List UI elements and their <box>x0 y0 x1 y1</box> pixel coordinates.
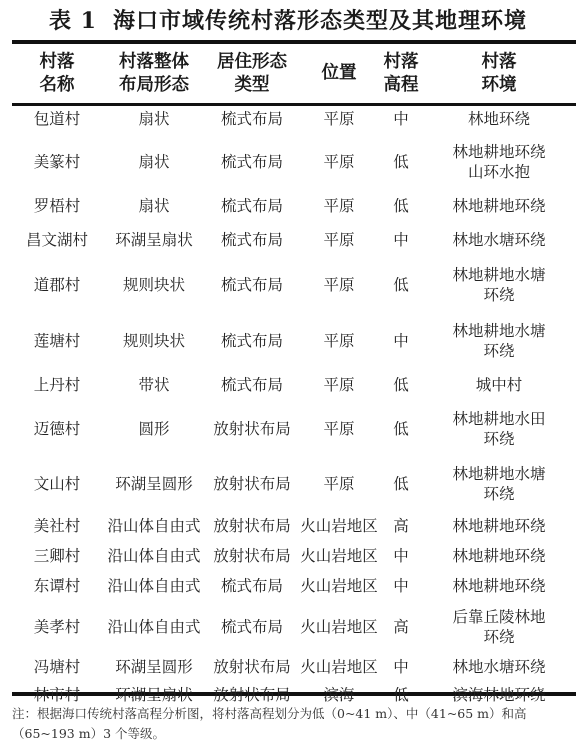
cell-elevation: 中 <box>380 541 422 571</box>
cell-layout: 沿山体自由式 <box>102 571 206 601</box>
cell-environment: 后靠丘陵林地环绕 <box>422 601 576 653</box>
cell-elevation: 中 <box>380 313 422 369</box>
table-row: 包道村扇状梳式布局平原中林地环绕 <box>12 103 576 135</box>
cell-residence: 梳式布局 <box>206 135 298 189</box>
table-row: 美篆村扇状梳式布局平原低林地耕地环绕山环水抱 <box>12 135 576 189</box>
cell-elevation: 低 <box>380 257 422 313</box>
cell-environment: 林地耕地环绕 <box>422 189 576 223</box>
header-residence: 居住形态类型 <box>206 44 298 103</box>
cell-name: 美社村 <box>12 511 102 541</box>
environment-line: 环绕 <box>422 484 576 504</box>
cell-layout: 扇状 <box>102 135 206 189</box>
environment-line: 林地耕地水塘 <box>422 321 576 341</box>
environment-line: 环绕 <box>422 429 576 449</box>
cell-location: 平原 <box>298 401 380 457</box>
environment-line: 林地耕地环绕 <box>422 546 576 566</box>
cell-elevation: 低 <box>380 457 422 511</box>
cell-elevation: 中 <box>380 103 422 135</box>
cell-name: 道郡村 <box>12 257 102 313</box>
cell-layout: 带状 <box>102 369 206 401</box>
cell-residence: 梳式布局 <box>206 223 298 257</box>
cell-environment: 林地耕地水塘环绕 <box>422 257 576 313</box>
cell-elevation: 高 <box>380 601 422 653</box>
table-row: 昌文湖村环湖呈扇状梳式布局平原中林地水塘环绕 <box>12 223 576 257</box>
cell-location: 平原 <box>298 369 380 401</box>
environment-line: 滨海林地环绕 <box>422 685 576 705</box>
environment-line: 后靠丘陵林地 <box>422 607 576 627</box>
cell-environment: 林地耕地环绕 <box>422 541 576 571</box>
cell-environment: 林地耕地水塘环绕 <box>422 457 576 511</box>
cell-residence: 梳式布局 <box>206 257 298 313</box>
cell-name: 莲塘村 <box>12 313 102 369</box>
cell-location: 火山岩地区 <box>298 511 380 541</box>
cell-residence: 梳式布局 <box>206 571 298 601</box>
cell-residence: 梳式布局 <box>206 103 298 135</box>
environment-line: 林地环绕 <box>422 109 576 129</box>
cell-name: 东谭村 <box>12 571 102 601</box>
environment-line: 林地耕地水塘 <box>422 464 576 484</box>
cell-location: 火山岩地区 <box>298 653 380 681</box>
table-row: 东谭村沿山体自由式梳式布局火山岩地区中林地耕地环绕 <box>12 571 576 601</box>
cell-layout: 圆形 <box>102 401 206 457</box>
cell-name: 三卿村 <box>12 541 102 571</box>
cell-residence: 放射状布局 <box>206 653 298 681</box>
table-title: 海口市域传统村落形态类型及其地理环境 <box>113 8 527 34</box>
table-row: 美孝村沿山体自由式梳式布局火山岩地区高后靠丘陵林地环绕 <box>12 601 576 653</box>
environment-line: 林地耕地环绕 <box>422 516 576 536</box>
environment-line: 林地耕地水田 <box>422 409 576 429</box>
header-row: 村落名称 村落整体布局形态 居住形态类型 位置 村落高程 村落环境 <box>12 44 576 103</box>
cell-name: 迈德村 <box>12 401 102 457</box>
cell-residence: 放射状布局 <box>206 457 298 511</box>
cell-elevation: 中 <box>380 223 422 257</box>
table-number: 表 1 <box>49 8 97 34</box>
cell-location: 火山岩地区 <box>298 571 380 601</box>
cell-layout: 规则块状 <box>102 313 206 369</box>
cell-environment: 林地环绕 <box>422 103 576 135</box>
table-row: 文山村环湖呈圆形放射状布局平原低林地耕地水塘环绕 <box>12 457 576 511</box>
cell-layout: 规则块状 <box>102 257 206 313</box>
environment-line: 林地水塘环绕 <box>422 230 576 250</box>
cell-name: 罗梧村 <box>12 189 102 223</box>
cell-elevation: 低 <box>380 369 422 401</box>
cell-residence: 梳式布局 <box>206 369 298 401</box>
cell-environment: 林地耕地水塘环绕 <box>422 313 576 369</box>
cell-location: 火山岩地区 <box>298 601 380 653</box>
header-location: 位置 <box>298 44 380 103</box>
cell-layout: 扇状 <box>102 189 206 223</box>
cell-name: 冯塘村 <box>12 653 102 681</box>
cell-residence: 梳式布局 <box>206 313 298 369</box>
cell-elevation: 低 <box>380 401 422 457</box>
cell-name: 美篆村 <box>12 135 102 189</box>
table-row: 迈德村圆形放射状布局平原低林地耕地水田环绕 <box>12 401 576 457</box>
cell-elevation: 高 <box>380 511 422 541</box>
cell-location: 平原 <box>298 313 380 369</box>
environment-line: 城中村 <box>422 375 576 395</box>
header-elevation: 村落高程 <box>380 44 422 103</box>
cell-residence: 放射状布局 <box>206 401 298 457</box>
cell-location: 平原 <box>298 189 380 223</box>
environment-line: 环绕 <box>422 627 576 647</box>
village-table: 村落名称 村落整体布局形态 居住形态类型 位置 村落高程 村落环境 包道村扇状梳… <box>12 44 576 708</box>
table-row: 莲塘村规则块状梳式布局平原中林地耕地水塘环绕 <box>12 313 576 369</box>
cell-environment: 林地水塘环绕 <box>422 223 576 257</box>
cell-environment: 林地耕地环绕 <box>422 511 576 541</box>
environment-line: 林地耕地水塘 <box>422 265 576 285</box>
cell-environment: 城中村 <box>422 369 576 401</box>
cell-layout: 环湖呈扇状 <box>102 223 206 257</box>
environment-line: 林地耕地环绕 <box>422 196 576 216</box>
header-name: 村落名称 <box>12 44 102 103</box>
table-note: 注：根据海口传统村落高程分析图，将村落高程划分为低（0~41 m）、中（41~6… <box>12 704 576 744</box>
cell-layout: 环湖呈圆形 <box>102 457 206 511</box>
cell-layout: 扇状 <box>102 103 206 135</box>
cell-residence: 梳式布局 <box>206 601 298 653</box>
cell-environment: 林地耕地环绕山环水抱 <box>422 135 576 189</box>
table-row: 冯塘村环湖呈圆形放射状布局火山岩地区中林地水塘环绕 <box>12 653 576 681</box>
cell-name: 文山村 <box>12 457 102 511</box>
table-row: 美社村沿山体自由式放射状布局火山岩地区高林地耕地环绕 <box>12 511 576 541</box>
table-row: 罗梧村扇状梳式布局平原低林地耕地环绕 <box>12 189 576 223</box>
environment-line: 环绕 <box>422 341 576 361</box>
cell-location: 平原 <box>298 457 380 511</box>
cell-name: 美孝村 <box>12 601 102 653</box>
cell-residence: 放射状布局 <box>206 511 298 541</box>
cell-location: 平原 <box>298 257 380 313</box>
table-row: 三卿村沿山体自由式放射状布局火山岩地区中林地耕地环绕 <box>12 541 576 571</box>
table-caption: 表 1海口市域传统村落形态类型及其地理环境 <box>0 4 576 35</box>
environment-line: 林地耕地环绕 <box>422 142 576 162</box>
cell-elevation: 中 <box>380 653 422 681</box>
cell-elevation: 低 <box>380 135 422 189</box>
environment-line: 林地水塘环绕 <box>422 657 576 677</box>
table-row: 道郡村规则块状梳式布局平原低林地耕地水塘环绕 <box>12 257 576 313</box>
cell-location: 平原 <box>298 135 380 189</box>
header-layout: 村落整体布局形态 <box>102 44 206 103</box>
cell-residence: 梳式布局 <box>206 189 298 223</box>
cell-layout: 环湖呈圆形 <box>102 653 206 681</box>
header-environment: 村落环境 <box>422 44 576 103</box>
cell-elevation: 中 <box>380 571 422 601</box>
cell-location: 平原 <box>298 103 380 135</box>
environment-line: 环绕 <box>422 285 576 305</box>
cell-environment: 林地耕地水田环绕 <box>422 401 576 457</box>
cell-layout: 沿山体自由式 <box>102 601 206 653</box>
cell-residence: 放射状布局 <box>206 541 298 571</box>
cell-layout: 沿山体自由式 <box>102 511 206 541</box>
cell-name: 包道村 <box>12 103 102 135</box>
cell-layout: 沿山体自由式 <box>102 541 206 571</box>
environment-line: 林地耕地环绕 <box>422 576 576 596</box>
cell-location: 火山岩地区 <box>298 541 380 571</box>
cell-name: 昌文湖村 <box>12 223 102 257</box>
environment-line: 山环水抱 <box>422 162 576 182</box>
cell-environment: 林地水塘环绕 <box>422 653 576 681</box>
cell-environment: 林地耕地环绕 <box>422 571 576 601</box>
cell-name: 上丹村 <box>12 369 102 401</box>
cell-elevation: 低 <box>380 189 422 223</box>
table-row: 上丹村带状梳式布局平原低城中村 <box>12 369 576 401</box>
cell-location: 平原 <box>298 223 380 257</box>
